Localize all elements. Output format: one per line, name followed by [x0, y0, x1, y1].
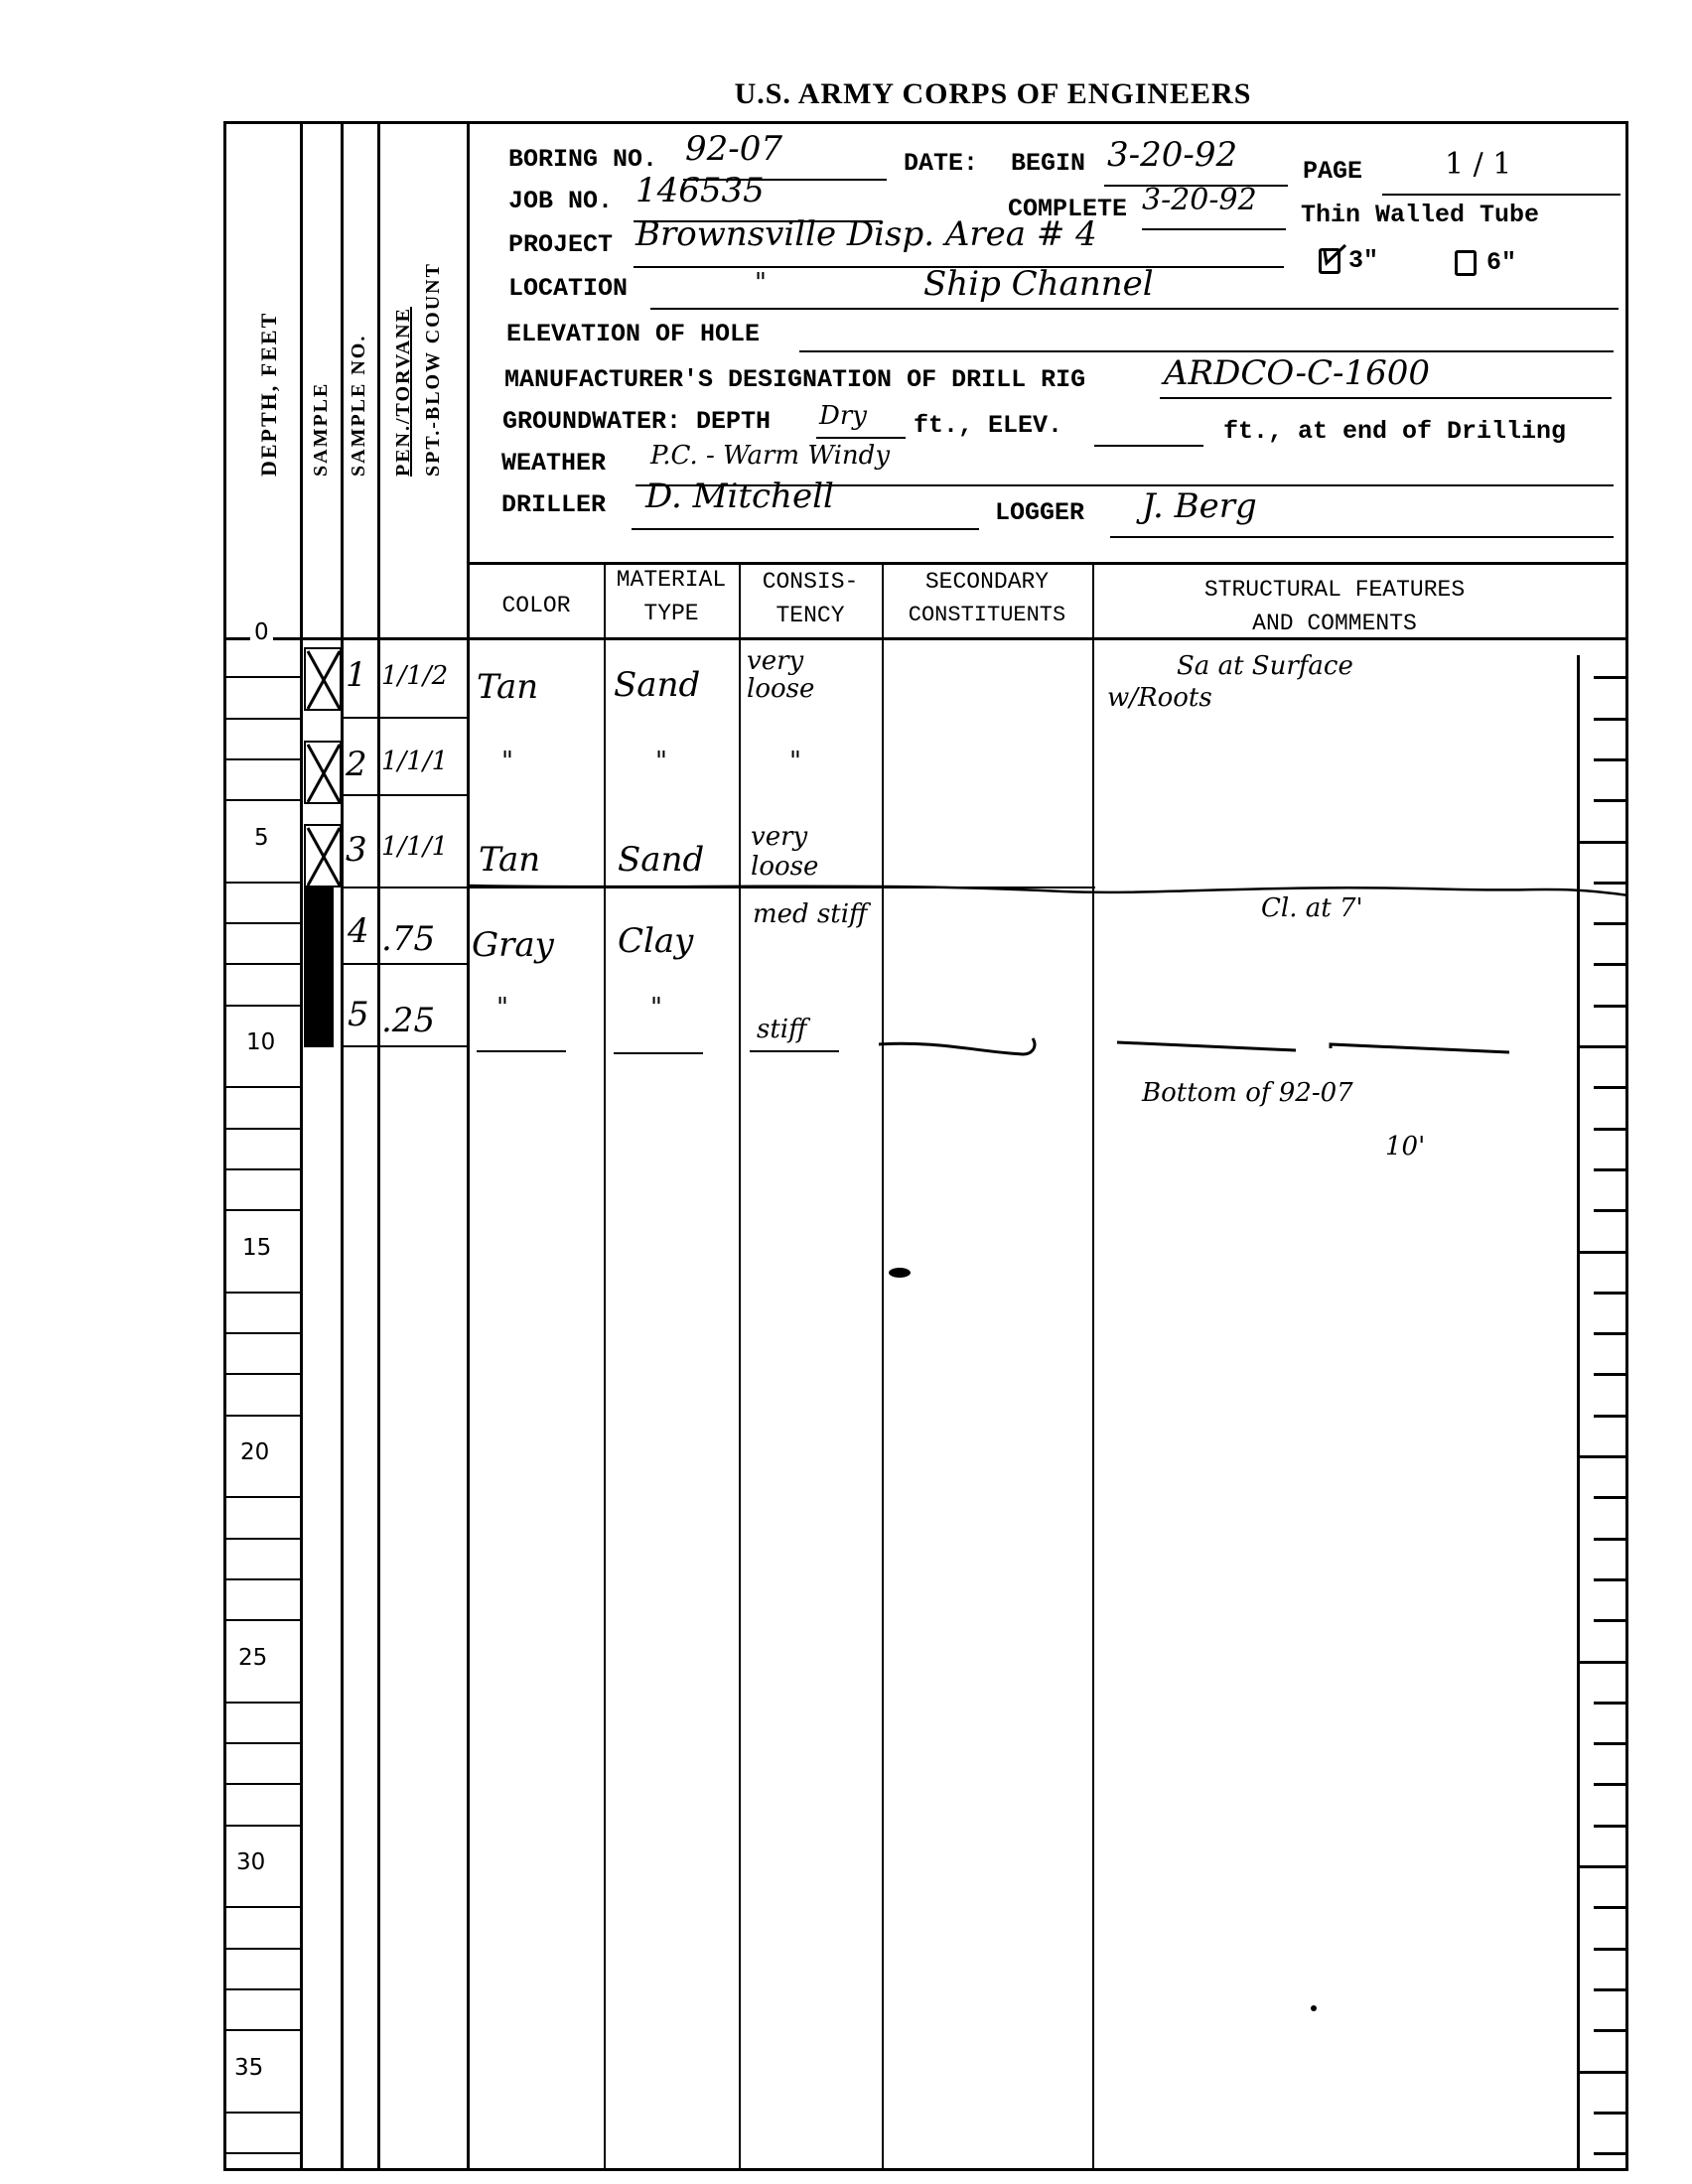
weather-label: WEATHER	[501, 449, 606, 478]
depth-tick	[226, 1825, 300, 1827]
depth-tick	[226, 718, 300, 720]
driller-value[interactable]: D. Mitchell	[645, 477, 834, 516]
sample-3-disturbed-marker	[304, 824, 342, 887]
right-depth-tick	[1579, 1455, 1628, 1458]
depth-tick	[226, 1619, 300, 1621]
project-value[interactable]: Brownsville Disp. Area # 4	[635, 214, 1097, 254]
right-depth-tick	[1594, 1332, 1628, 1335]
right-depth-tick	[1579, 2071, 1628, 2074]
right-depth-tick	[1594, 1906, 1628, 1909]
begin-date-value[interactable]: 3-20-92	[1107, 135, 1237, 175]
sample-2-disturbed-marker	[304, 741, 342, 804]
row-sep-4	[341, 963, 467, 965]
depth-label-35: 35	[230, 2055, 267, 2081]
col-material-header-1: MATERIAL	[604, 564, 739, 596]
depth-tick	[226, 758, 300, 760]
col-material-header-2: TYPE	[604, 598, 739, 629]
right-depth-tick	[1594, 1948, 1628, 1951]
depth-tick	[226, 1332, 300, 1334]
row4-pen-spt[interactable]: .75	[381, 919, 435, 959]
pen-torvane-header: PEN./TORVANE	[392, 307, 415, 477]
depth-tick	[226, 2029, 300, 2031]
depth-label-20: 20	[236, 1439, 273, 1465]
row4-consistency[interactable]: med stiff	[753, 899, 872, 929]
checkmark-icon	[1320, 243, 1349, 273]
undisturbed-sample-marker	[304, 887, 334, 1047]
groundwater-depth-label: GROUNDWATER: DEPTH	[502, 407, 771, 436]
location-label: LOCATION	[508, 274, 628, 303]
tube-6in-label: 6"	[1486, 248, 1516, 277]
right-depth-tick	[1594, 1128, 1628, 1131]
right-depth-tick	[1594, 1619, 1628, 1622]
right-depth-tick	[1594, 882, 1628, 885]
divider-sampleno-pen	[377, 121, 380, 2171]
ft-elev-label: ft., ELEV.	[914, 411, 1062, 440]
right-depth-tick	[1594, 1702, 1628, 1705]
row4-material[interactable]: Clay	[618, 921, 693, 961]
logger-value[interactable]: J. Berg	[1142, 486, 1257, 526]
x-icon	[306, 826, 342, 887]
divider-depth-sample	[300, 121, 303, 2171]
row1-sample-no[interactable]: 1	[346, 655, 367, 695]
right-depth-tick	[1594, 1988, 1628, 1991]
depth-tick	[226, 1906, 300, 1908]
row3-consistency[interactable]: very loose	[751, 822, 880, 882]
right-depth-tick	[1594, 2029, 1628, 2032]
comment-transition[interactable]: Cl. at 7'	[1261, 893, 1363, 923]
driller-label: DRILLER	[501, 490, 606, 519]
right-depth-tick	[1594, 1578, 1628, 1581]
elevation-line	[799, 350, 1614, 352]
row1-material[interactable]: Sand	[614, 665, 700, 705]
row-sep-1	[341, 717, 467, 719]
groundwater-elev-line	[1094, 445, 1203, 447]
x-icon	[306, 743, 342, 804]
end-stroke-structural	[1112, 1032, 1529, 1062]
groundwater-depth-line	[816, 437, 906, 439]
location-value[interactable]: Ship Channel	[923, 264, 1154, 304]
weather-value[interactable]: P.C. - Warm Windy	[650, 441, 890, 471]
depth-tick	[226, 2152, 300, 2154]
complete-date-line	[1142, 228, 1286, 230]
row5-pen-spt[interactable]: .25	[381, 1001, 435, 1040]
row5-material[interactable]: "	[650, 993, 662, 1023]
tube-3in-label: 3"	[1348, 246, 1378, 275]
begin-label: BEGIN	[1011, 149, 1085, 178]
depth-tick	[226, 963, 300, 965]
logger-label: LOGGER	[995, 498, 1084, 527]
right-depth-tick	[1579, 1045, 1628, 1048]
comment-surface[interactable]: Sa at Surface	[1177, 651, 1353, 681]
end-stroke-color	[477, 1050, 566, 1052]
col-consistency-header-1: CONSIS-	[739, 566, 882, 598]
job-no-label: JOB NO.	[508, 187, 613, 215]
divider-material-consistency	[739, 562, 741, 2171]
row3-pen-spt[interactable]: 1/1/1	[381, 832, 448, 862]
right-depth-tick	[1594, 1292, 1628, 1295]
depth-feet-header: DEPTH, FEET	[256, 312, 282, 477]
job-no-value[interactable]: 146535	[635, 171, 765, 210]
depth-tick	[226, 1578, 300, 1580]
col-secondary-header-1: SECONDARY	[882, 566, 1092, 598]
depth-tick	[226, 1168, 300, 1170]
end-stroke-secondary	[874, 1032, 1043, 1062]
depth-tick	[226, 922, 300, 924]
col-consistency-header-2: TENCY	[739, 600, 882, 631]
date-label: DATE:	[904, 149, 978, 178]
depth-tick	[226, 1209, 300, 1211]
depth-tick	[226, 2112, 300, 2114]
divider-consistency-secondary	[882, 562, 884, 2171]
row5-color[interactable]: "	[496, 993, 508, 1023]
right-depth-tick	[1594, 922, 1628, 925]
sample-1-disturbed-marker	[304, 647, 342, 711]
right-depth-tick	[1594, 676, 1628, 679]
right-depth-tick	[1594, 1825, 1628, 1828]
stratum-transition-line	[467, 874, 1628, 903]
tube-6in-checkbox[interactable]	[1455, 250, 1477, 276]
elevation-label: ELEVATION OF HOLE	[506, 320, 760, 348]
sample-header: SAMPLE	[310, 382, 333, 477]
divider-sample-sampleno	[341, 121, 344, 2171]
right-depth-tick	[1579, 1661, 1628, 1664]
divider-pen-body	[467, 121, 470, 2171]
scan-artifact	[1311, 2005, 1317, 2011]
row5-consistency[interactable]: stiff	[757, 1015, 807, 1044]
row-sep-5	[341, 1045, 467, 1047]
row2-consistency[interactable]: "	[789, 747, 801, 776]
right-depth-tick	[1594, 1415, 1628, 1418]
project-label: PROJECT	[508, 230, 613, 259]
right-depth-tick	[1594, 1005, 1628, 1008]
right-depth-tick	[1594, 1209, 1628, 1212]
row1-color[interactable]: Tan	[477, 667, 538, 707]
col-color-header: COLOR	[469, 576, 604, 635]
drill-rig-label: MANUFACTURER'S DESIGNATION OF DRILL RIG	[504, 365, 1085, 394]
agency-title: U.S. ARMY CORPS OF ENGINEERS	[596, 77, 1390, 111]
boring-no-value[interactable]: 92-07	[685, 129, 782, 169]
row3-sample-no[interactable]: 3	[346, 830, 367, 870]
x-icon	[306, 649, 342, 711]
location-ditto: "	[755, 268, 767, 298]
right-depth-tick	[1594, 1168, 1628, 1171]
depth-tick	[226, 1742, 300, 1744]
depth-tick	[226, 1702, 300, 1704]
depth-label-25: 25	[234, 1645, 271, 1671]
row2-sample-no[interactable]: 2	[346, 745, 367, 784]
right-depth-tick	[1594, 963, 1628, 966]
drill-rig-line	[1160, 397, 1612, 399]
row-sep-2	[341, 794, 467, 796]
right-depth-tick	[1594, 1742, 1628, 1745]
end-stroke-material	[614, 1052, 703, 1054]
depth-tick	[226, 1783, 300, 1785]
depth-tick	[226, 799, 300, 801]
depth-label-15: 15	[238, 1235, 275, 1261]
right-depth-tick	[1579, 841, 1628, 844]
depth-tick	[226, 1292, 300, 1294]
driller-line	[632, 528, 979, 530]
thin-walled-tube-label: Thin Walled Tube	[1301, 201, 1539, 229]
row2-pen-spt[interactable]: 1/1/1	[381, 747, 448, 776]
divider-secondary-structural	[1092, 562, 1094, 2171]
comment-roots[interactable]: w/Roots	[1107, 683, 1212, 713]
tube-3in-checkbox[interactable]	[1319, 248, 1340, 274]
right-depth-tick	[1594, 1783, 1628, 1786]
comment-bottom[interactable]: Bottom of 92-07	[1142, 1078, 1353, 1108]
right-depth-tick	[1579, 1251, 1628, 1254]
right-depth-tick	[1594, 1538, 1628, 1541]
logger-line	[1110, 536, 1614, 538]
depth-tick	[226, 882, 300, 884]
row4-color[interactable]: Gray	[472, 925, 554, 965]
depth-tick	[226, 1086, 300, 1088]
scan-artifact	[889, 1268, 911, 1278]
right-depth-tick	[1594, 799, 1628, 802]
row1-pen-spt[interactable]: 1/1/2	[381, 661, 448, 691]
comment-bottom-depth[interactable]: 10'	[1385, 1132, 1425, 1161]
right-depth-tick	[1594, 1496, 1628, 1499]
right-depth-tick	[1594, 1086, 1628, 1089]
row1-consistency[interactable]: very loose	[747, 647, 876, 703]
page-value[interactable]: 1 / 1	[1445, 147, 1511, 182]
depth-label-30: 30	[232, 1849, 269, 1875]
depth-label-0: 0	[250, 619, 273, 645]
right-depth-tick	[1594, 2152, 1628, 2155]
col-structural-header-2: AND COMMENTS	[1092, 608, 1577, 639]
row2-color[interactable]: "	[501, 747, 513, 776]
depth-label-10: 10	[242, 1029, 279, 1055]
depth-tick	[226, 1948, 300, 1950]
row5-sample-no[interactable]: 5	[348, 995, 369, 1034]
right-depth-tick	[1579, 1865, 1628, 1868]
sample-no-header: SAMPLE NO.	[348, 335, 370, 477]
depth-tick	[226, 1128, 300, 1130]
depth-tick	[226, 1373, 300, 1375]
row2-material[interactable]: "	[655, 747, 667, 776]
boring-no-label: BORING NO.	[508, 145, 657, 174]
divider-color-material	[604, 562, 606, 2171]
depth-tick	[226, 1988, 300, 1990]
depth-tick	[226, 676, 300, 678]
location-line	[650, 308, 1619, 310]
depth-tick	[226, 1496, 300, 1498]
right-depth-tick	[1594, 758, 1628, 761]
depth-label-5: 5	[250, 825, 273, 851]
page-label: PAGE	[1303, 157, 1362, 186]
complete-date-value[interactable]: 3-20-92	[1142, 183, 1257, 217]
spt-blow-count-header: SPT.-BLOW COUNT	[422, 262, 445, 477]
drill-rig-value[interactable]: ARDCO-C-1600	[1164, 353, 1430, 393]
depth-tick	[226, 1538, 300, 1540]
end-of-drilling-label: ft., at end of Drilling	[1223, 417, 1566, 446]
depth-tick	[226, 1415, 300, 1417]
right-depth-tick	[1594, 718, 1628, 721]
col-secondary-header-2: CONSTITUENTS	[882, 600, 1092, 631]
end-stroke-consistency	[750, 1050, 839, 1052]
row4-sample-no[interactable]: 4	[348, 911, 369, 951]
page-line	[1382, 194, 1621, 196]
col-structural-header-1: STRUCTURAL FEATURES	[1092, 574, 1577, 606]
groundwater-depth-value[interactable]: Dry	[819, 401, 867, 431]
depth-tick	[226, 1005, 300, 1007]
right-depth-tick	[1594, 2112, 1628, 2115]
right-depth-tick	[1594, 1373, 1628, 1376]
